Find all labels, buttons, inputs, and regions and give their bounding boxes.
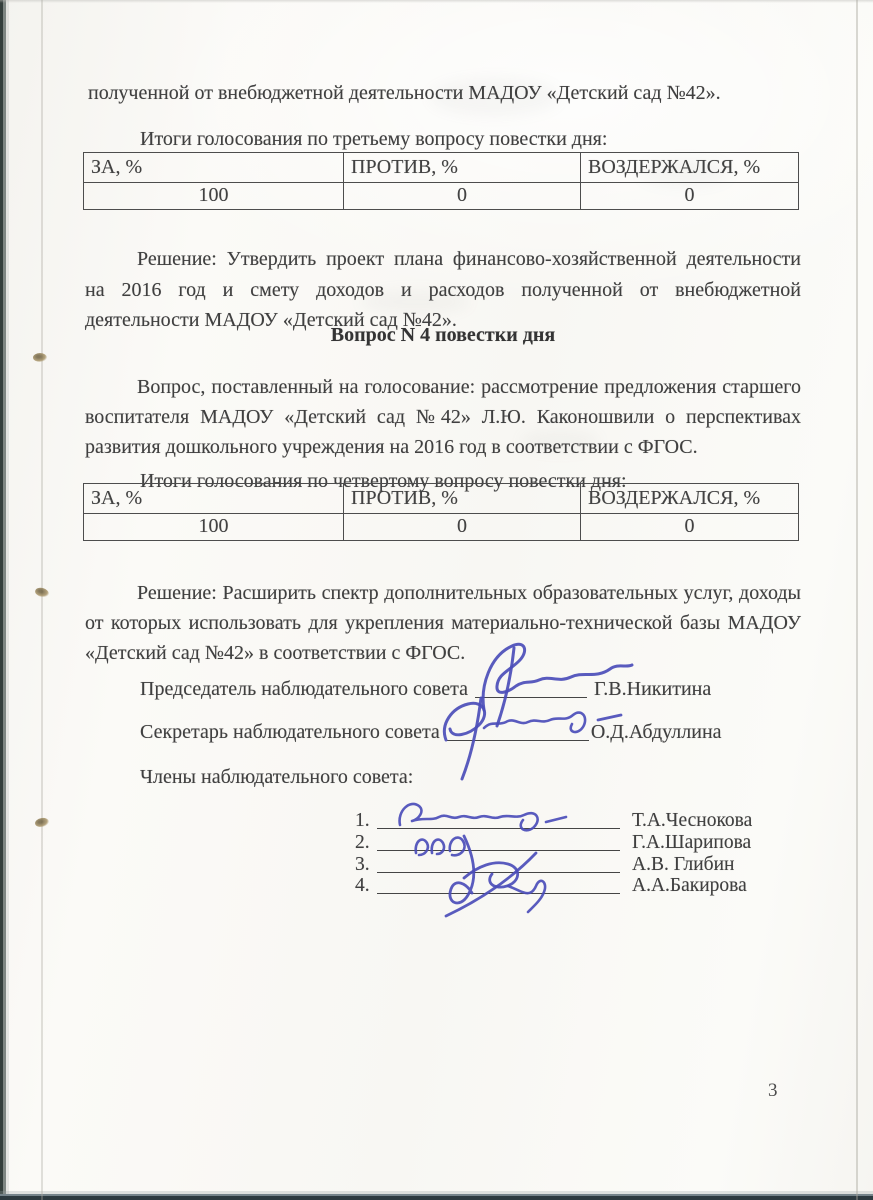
signature-line [377,858,620,873]
chairman-name: Г.В.Никитина [594,678,711,701]
signature-line [475,683,587,698]
chairman-signature-row: Председатель наблюдательного совета Г.В.… [140,678,711,701]
scan-edge-left [0,0,11,1200]
col-header-za: ЗА, % [84,484,344,514]
question-4-text: Вопрос, поставленный на голосование: рас… [85,372,801,462]
member-number: 2. [355,832,377,854]
secretary-signature-row: Секретарь наблюдательного совета О.Д.Абд… [140,721,722,744]
col-header-protiv: ПРОТИВ, % [344,484,581,514]
signature-line [377,836,620,851]
member-row: 4. А.А.Бакирова [355,875,752,897]
member-number: 3. [355,854,377,876]
secretary-name: О.Д.Абдуллина [591,721,722,744]
paper-right-edge [856,0,858,1200]
scan-edge-bottom [0,1191,873,1200]
col-header-vozderzhalsya: ВОЗДЕРЖАЛСЯ, % [581,484,799,514]
fold-line [41,0,43,1200]
table-value-row: 100 0 0 [84,514,799,541]
members-label: Члены наблюдательного совета: [140,766,413,789]
members-signature-list: 1. Т.А.Чеснокова 2. Г.А.Шарипова 3. А.В.… [355,810,752,897]
q3-za-value: 100 [84,183,344,210]
table-value-row: 100 0 0 [84,183,799,210]
col-header-protiv: ПРОТИВ, % [344,153,581,183]
signature-line [377,879,620,894]
results-q3-label: Итоги голосования по третьему вопросу по… [88,124,808,154]
q3-vozderzhalsya-value: 0 [581,183,799,210]
staple-mark [34,586,50,598]
chairman-label: Председатель наблюдательного совета [140,678,468,701]
page-number: 3 [768,1080,778,1102]
member-row: 3. А.В. Глибин [355,854,752,876]
q4-za-value: 100 [84,514,344,541]
vote-table-q3: ЗА, % ПРОТИВ, % ВОЗДЕРЖАЛСЯ, % 100 0 0 [83,152,799,210]
decision-q4: Решение: Расширить спектр дополнительных… [85,578,801,668]
staple-mark [33,353,47,362]
signature-line [447,726,589,741]
member-name: А.В. Глибин [632,854,734,876]
table-header-row: ЗА, % ПРОТИВ, % ВОЗДЕРЖАЛСЯ, % [84,484,799,514]
member-row: 1. Т.А.Чеснокова [355,810,752,832]
staple-mark [34,817,49,828]
vote-table-q4: ЗА, % ПРОТИВ, % ВОЗДЕРЖАЛСЯ, % 100 0 0 [83,483,799,541]
member-name: Т.А.Чеснокова [632,810,752,832]
member-row: 2. Г.А.Шарипова [355,832,752,854]
member-name: Г.А.Шарипова [632,832,751,854]
q3-protiv-value: 0 [344,183,581,210]
member-name: А.А.Бакирова [632,875,747,897]
member-number: 1. [355,810,377,832]
secretary-label: Секретарь наблюдательного совета [140,721,440,744]
member-number: 4. [355,875,377,897]
col-header-za: ЗА, % [84,153,344,183]
table-header-row: ЗА, % ПРОТИВ, % ВОЗДЕРЖАЛСЯ, % [84,153,799,183]
paragraph-continuation: полученной от внебюджетной деятельности … [88,78,808,108]
q4-vozderzhalsya-value: 0 [581,514,799,541]
scanned-document-page: полученной от внебюджетной деятельности … [0,0,873,1200]
question-4-heading: Вопрос N 4 повестки дня [85,320,801,350]
q4-protiv-value: 0 [344,514,581,541]
col-header-vozderzhalsya: ВОЗДЕРЖАЛСЯ, % [581,153,799,183]
signature-line [377,814,620,829]
scan-edge-top [0,0,873,3]
